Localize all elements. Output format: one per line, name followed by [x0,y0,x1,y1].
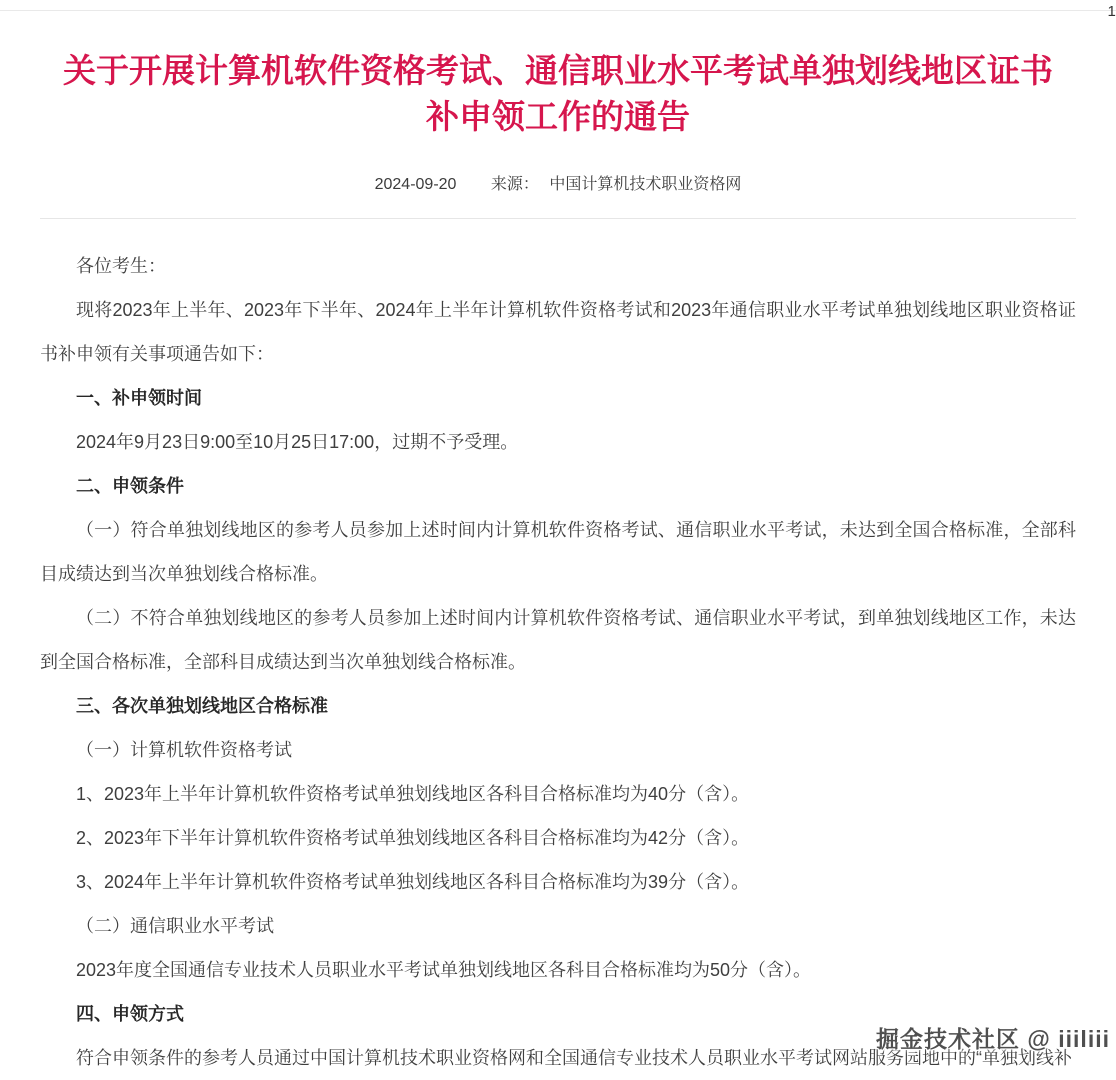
page-title: 关于开展计算机软件资格考试、通信职业水平考试单独划线地区证书 补申领工作的通告 [53,49,1063,141]
section-2-item-1: （一）符合单独划线地区的参考人员参加上述时间内计算机软件资格考试、通信职业水平考… [40,508,1076,596]
section-3-sub-2-heading: （二）通信职业水平考试 [40,904,1076,948]
score-item-2023-h2: 2、2023年下半年计算机软件资格考试单独划线地区各科目合格标准均为42分（含）… [40,816,1076,860]
publish-date: 2024-09-20 [375,176,457,193]
salutation: 各位考生： [40,244,1076,288]
page-title-line2: 补申领工作的通告 [426,100,690,136]
source-name: 中国计算机技术职业资格网 [549,176,741,193]
section-2-item-2: （二）不符合单独划线地区的参考人员参加上述时间内计算机软件资格考试、通信职业水平… [40,596,1076,684]
section-1-heading: 一、补申领时间 [40,376,1076,420]
article-meta: 2024-09-20 来源： 中国计算机技术职业资格网 [0,173,1116,197]
article-body: 各位考生： 现将2023年上半年、2023年下半年、2024年上半年计算机软件资… [0,219,1116,1080]
page-corner-text: 1: [1107,3,1116,20]
intro-paragraph: 现将2023年上半年、2023年下半年、2024年上半年计算机软件资格考试和20… [40,288,1076,376]
section-1-body: 2024年9月23日9:00至10月25日17:00，过期不予受理。 [40,420,1076,464]
watermark-text: 掘金技术社区 @ iiiliii [876,1021,1110,1054]
score-item-2024-h1: 3、2024年上半年计算机软件资格考试单独划线地区各科目合格标准均为39分（含）… [40,860,1076,904]
top-divider-line [0,10,1116,11]
score-item-comm-2023: 2023年度全国通信专业技术人员职业水平考试单独划线地区各科目合格标准均为50分… [40,948,1076,992]
source-label: 来源： [491,176,539,193]
score-item-2023-h1: 1、2023年上半年计算机软件资格考试单独划线地区各科目合格标准均为40分（含）… [40,772,1076,816]
section-2-heading: 二、申领条件 [40,464,1076,508]
section-3-heading: 三、各次单独划线地区合格标准 [40,684,1076,728]
page-title-line1: 关于开展计算机软件资格考试、通信职业水平考试单独划线地区证书 [63,54,1053,90]
section-3-sub-1-heading: （一）计算机软件资格考试 [40,728,1076,772]
